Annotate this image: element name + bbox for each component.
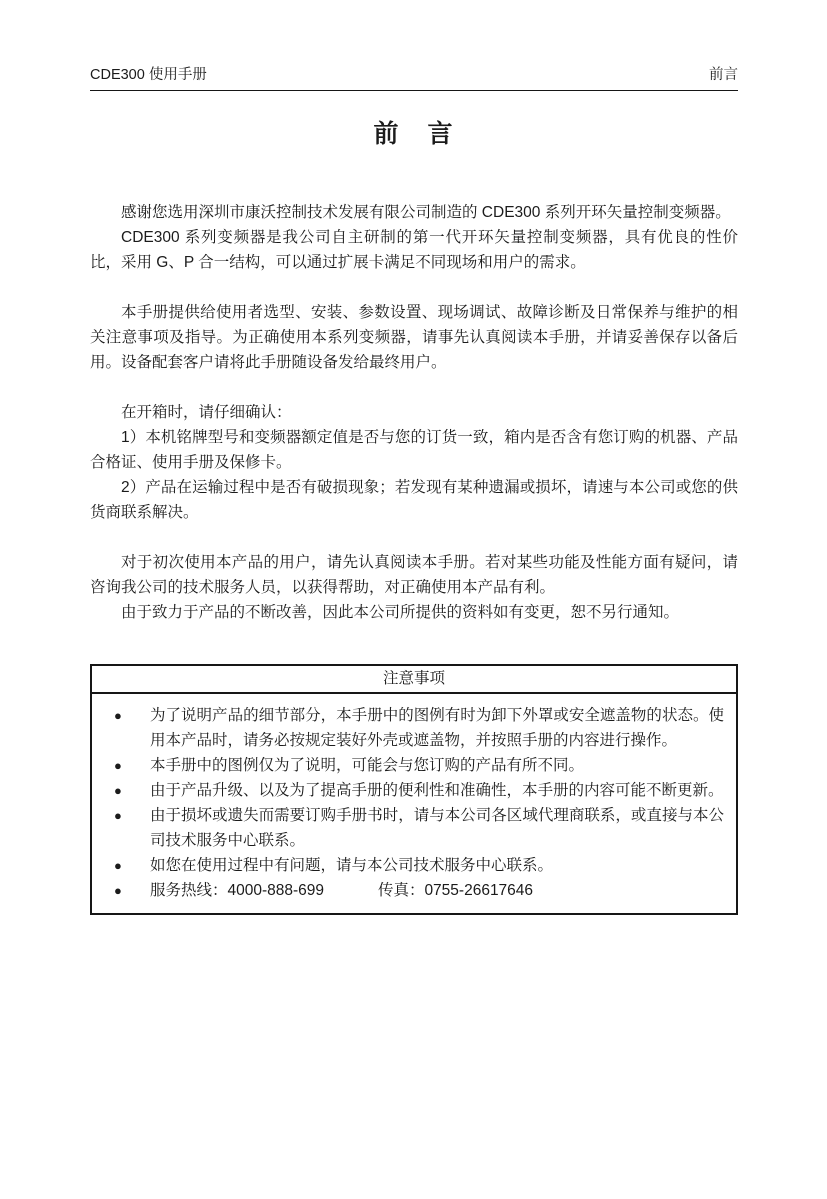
paragraph-check-item-2: 2）产品在运输过程中是否有破损现象；若发现有某种遗漏或损坏，请速与本公司或您的供… — [90, 475, 738, 525]
header-product-title: CDE300 使用手册 — [90, 66, 207, 84]
page-title: 前 言 — [90, 114, 738, 150]
fax-number-text: 传真：0755-26617646 — [378, 882, 533, 899]
notice-list: ● 为了说明产品的细节部分，本手册中的图例有时为卸下外罩或安全遮盖物的状态。使用… — [92, 694, 736, 913]
body-text: 感谢您选用深圳市康沃控制技术发展有限公司制造的 CDE300 系列开环矢量控制变… — [90, 200, 738, 625]
notice-item-hotline: ● 服务热线：4000-888-699 传真：0755-26617646 — [92, 878, 724, 903]
bullet-icon: ● — [114, 778, 122, 803]
bullet-icon: ● — [114, 753, 122, 778]
paragraph-check-item-1: 1）本机铭牌型号和变频器额定值是否与您的订货一致，箱内是否含有您订购的机器、产品… — [90, 425, 738, 475]
notice-item-text: 如您在使用过程中有问题，请与本公司技术服务中心联系。 — [150, 857, 553, 874]
notice-item-reorder: ● 由于损坏或遗失而需要订购手册书时，请与本公司各区域代理商联系，或直接与本公司… — [92, 803, 724, 853]
notice-item-text: 为了说明产品的细节部分，本手册中的图例有时为卸下外罩或安全遮盖物的状态。使用本产… — [150, 707, 724, 749]
notice-item-text: 由于产品升级、以及为了提高手册的便利性和准确性，本手册的内容可能不断更新。 — [150, 782, 724, 799]
paragraph-product-intro: CDE300 系列变频器是我公司自主研制的第一代开环矢量控制变频器，具有优良的性… — [90, 225, 738, 275]
notice-box: 注意事项 ● 为了说明产品的细节部分，本手册中的图例有时为卸下外罩或安全遮盖物的… — [90, 664, 738, 915]
manual-page: CDE300 使用手册 前言 前 言 感谢您选用深圳市康沃控制技术发展有限公司制… — [0, 0, 827, 1199]
service-hotline-text: 服务热线：4000-888-699 — [150, 882, 324, 899]
notice-item-support: ● 如您在使用过程中有问题，请与本公司技术服务中心联系。 — [92, 853, 724, 878]
paragraph-first-time-users: 对于初次使用本产品的用户，请先认真阅读本手册。若对某些功能及性能方面有疑问，请咨… — [90, 550, 738, 600]
paragraph-unboxing-intro: 在开箱时，请仔细确认： — [90, 400, 738, 425]
notice-item-illustrations: ● 本手册中的图例仅为了说明，可能会与您订购的产品有所不同。 — [92, 753, 724, 778]
paragraph-change-notice: 由于致力于产品的不断改善，因此本公司所提供的资料如有变更，恕不另行通知。 — [90, 600, 738, 625]
bullet-icon: ● — [114, 853, 122, 878]
notice-box-title: 注意事项 — [92, 666, 736, 694]
notice-item-updates: ● 由于产品升级、以及为了提高手册的便利性和准确性，本手册的内容可能不断更新。 — [92, 778, 724, 803]
notice-item-covers: ● 为了说明产品的细节部分，本手册中的图例有时为卸下外罩或安全遮盖物的状态。使用… — [92, 703, 724, 753]
bullet-icon: ● — [114, 703, 122, 728]
header-section-label: 前言 — [709, 66, 738, 84]
running-header: CDE300 使用手册 前言 — [90, 66, 738, 91]
paragraph-manual-purpose: 本手册提供给使用者选型、安装、参数设置、现场调试、故障诊断及日常保养与维护的相关… — [90, 300, 738, 375]
bullet-icon: ● — [114, 878, 122, 903]
notice-item-text: 本手册中的图例仅为了说明，可能会与您订购的产品有所不同。 — [150, 757, 584, 774]
paragraph-thanks: 感谢您选用深圳市康沃控制技术发展有限公司制造的 CDE300 系列开环矢量控制变… — [90, 200, 738, 225]
bullet-icon: ● — [114, 803, 122, 828]
notice-item-text: 由于损坏或遗失而需要订购手册书时，请与本公司各区域代理商联系，或直接与本公司技术… — [150, 807, 724, 849]
